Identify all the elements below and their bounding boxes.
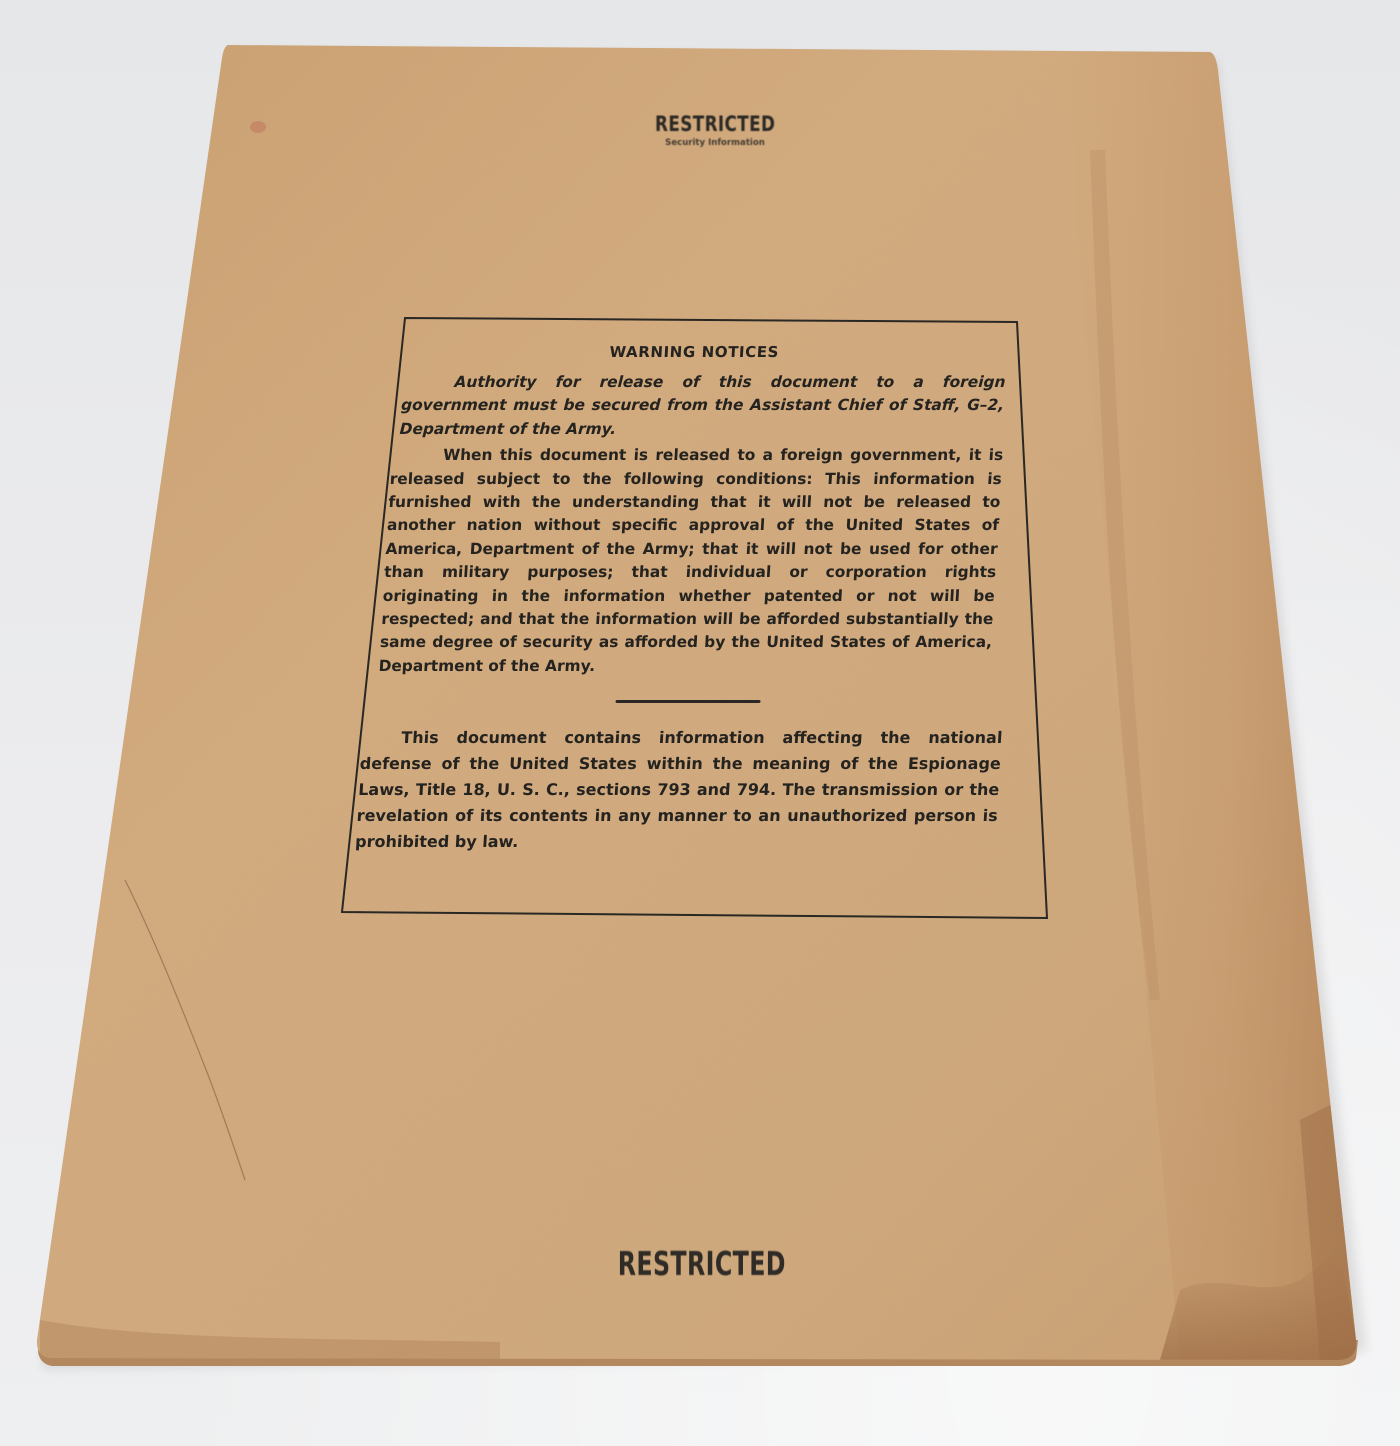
bottom-restricted-stamp: RESTRICTED [585,1244,780,1283]
espionage-paragraph: This document contains information affec… [354,725,1003,855]
warning-heading: WARNING NOTICES [379,343,1010,361]
top-restricted-stamp: RESTRICTED Security Information [640,112,790,148]
warning-notices: WARNING NOTICES Authority for release of… [349,340,1010,855]
top-stamp-subtitle: Security Information [644,138,787,148]
release-conditions-paragraph: When this document is released to a fore… [378,444,1004,678]
authority-paragraph: Authority for release of this document t… [399,371,1006,441]
top-stamp-title: RESTRICTED [655,112,775,136]
bottom-stamp-title: RESTRICTED [618,1244,786,1283]
section-divider [615,700,760,703]
